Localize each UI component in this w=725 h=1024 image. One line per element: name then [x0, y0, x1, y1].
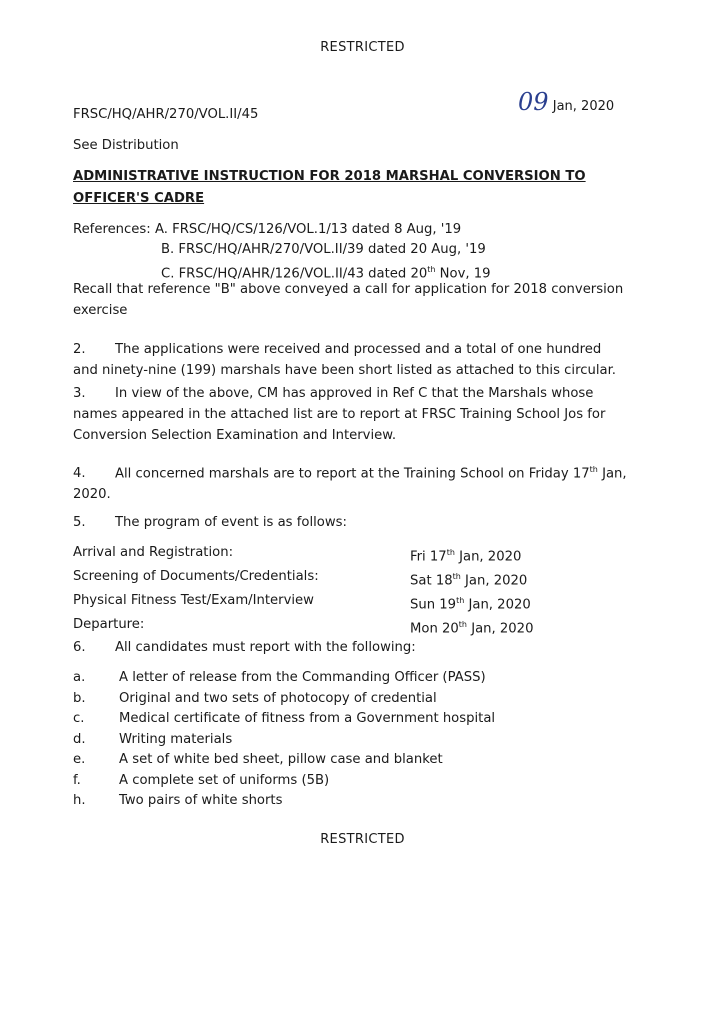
- date-month-year: Jan, 2020: [553, 99, 614, 114]
- paragraph-2: 2.The applications were received and pro…: [73, 339, 628, 381]
- program-row: Departure:Mon 20th Jan, 2020: [73, 615, 533, 639]
- list-item: h.Two pairs of white shorts: [73, 791, 495, 812]
- program-row: Screening of Documents/Credentials:Sat 1…: [73, 567, 533, 591]
- program-row: Physical Fitness Test/Exam/InterviewSun …: [73, 591, 533, 615]
- list-item: c.Medical certificate of fitness from a …: [73, 709, 495, 730]
- classification-header: RESTRICTED: [0, 40, 725, 55]
- references-block: References: A. FRSC/HQ/CS/126/VOL.1/13 d…: [73, 220, 491, 284]
- list-item: e.A set of white bed sheet, pillow case …: [73, 750, 495, 771]
- reference-a: A. FRSC/HQ/CS/126/VOL.1/13 dated 8 Aug, …: [155, 222, 461, 237]
- paragraph-5: 5.The program of event is as follows:: [73, 512, 628, 533]
- title-line-2: OFFICER'S CADRE: [73, 188, 633, 210]
- requirements-list: a.A letter of release from the Commandin…: [73, 668, 495, 812]
- addressee: See Distribution: [73, 138, 179, 153]
- paragraph-4: 4.All concerned marshals are to report a…: [73, 459, 628, 505]
- title-line-1: ADMINISTRATIVE INSTRUCTION FOR 2018 MARS…: [73, 166, 633, 188]
- classification-footer: RESTRICTED: [0, 832, 725, 847]
- list-item: a.A letter of release from the Commandin…: [73, 668, 495, 689]
- program-row: Arrival and Registration:Fri 17th Jan, 2…: [73, 543, 533, 567]
- paragraph-3: 3.In view of the above, CM has approved …: [73, 383, 628, 446]
- document-title: ADMINISTRATIVE INSTRUCTION FOR 2018 MARS…: [73, 166, 633, 210]
- reference-number: FRSC/HQ/AHR/270/VOL.II/45: [73, 107, 258, 122]
- document-date: 09 Jan, 2020: [518, 88, 614, 116]
- reference-b: B. FRSC/HQ/AHR/270/VOL.II/39 dated 20 Au…: [73, 240, 491, 260]
- list-item: b.Original and two sets of photocopy of …: [73, 689, 495, 710]
- intro-paragraph: Recall that reference "B" above conveyed…: [73, 279, 628, 321]
- program-schedule: Arrival and Registration:Fri 17th Jan, 2…: [73, 543, 533, 639]
- references-label: References:: [73, 222, 151, 237]
- list-item: d.Writing materials: [73, 730, 495, 751]
- paragraph-6: 6.All candidates must report with the fo…: [73, 637, 628, 658]
- handwritten-day: 09: [518, 88, 549, 116]
- list-item: f.A complete set of uniforms (5B): [73, 771, 495, 792]
